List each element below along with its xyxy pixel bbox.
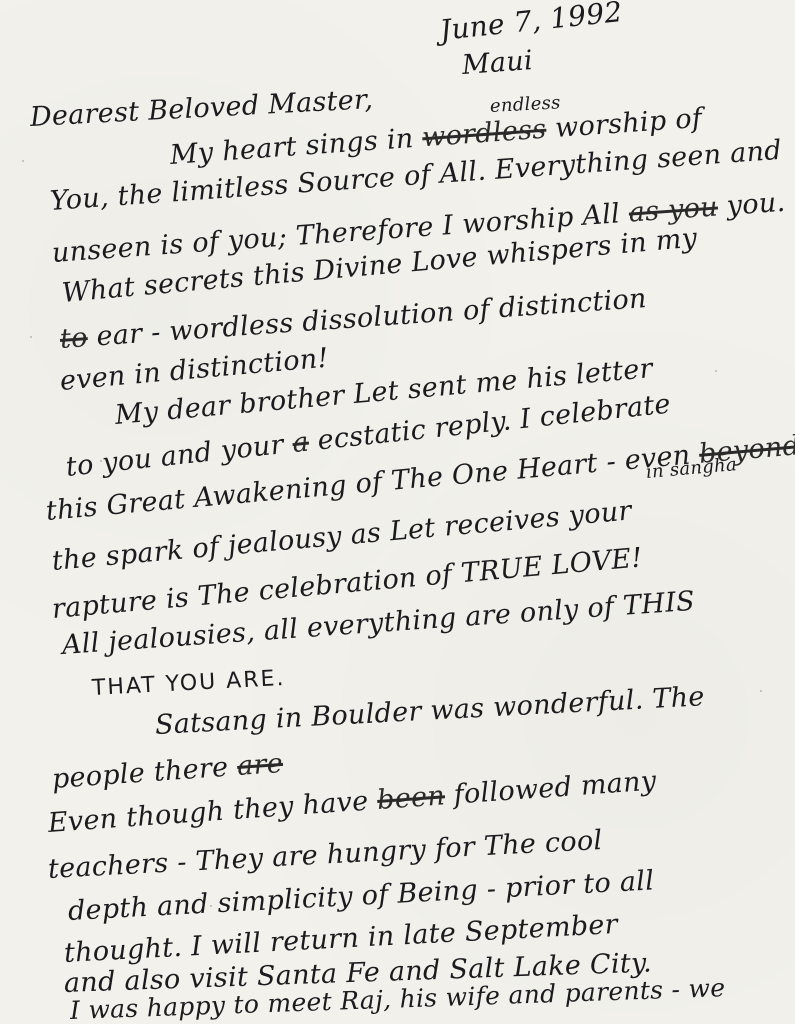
- struck-word: wordless: [421, 114, 547, 154]
- paper-speck: [22, 160, 24, 162]
- struck-word: been: [376, 780, 446, 816]
- struck-word: a: [291, 427, 311, 460]
- letter-line: people there are: [51, 748, 284, 795]
- line-text: worship of: [554, 103, 703, 144]
- paper-speck: [760, 690, 762, 692]
- salutation: Dearest Beloved Master,: [29, 84, 374, 133]
- line-text: THAT YOU ARE.: [91, 666, 286, 701]
- paper-speck: [30, 336, 32, 338]
- line-text: you.: [726, 187, 787, 222]
- letter-place: Maui: [461, 45, 534, 81]
- struck-word: are: [236, 748, 284, 782]
- struck-word: beyond: [698, 430, 795, 470]
- letter-date: June 7, 1992: [438, 0, 624, 47]
- line-text: to you and your: [64, 429, 285, 483]
- line-text: Even though they have: [47, 786, 370, 839]
- paper-speck: [715, 370, 717, 372]
- letter-page: June 7, 1992 Maui Dearest Beloved Master…: [0, 0, 795, 1024]
- line-text: followed many: [453, 766, 658, 811]
- letter-line: THAT YOU ARE.: [91, 666, 286, 701]
- line-text: people there: [51, 752, 229, 795]
- struck-word: to: [59, 322, 89, 355]
- struck-word: as you: [628, 191, 719, 228]
